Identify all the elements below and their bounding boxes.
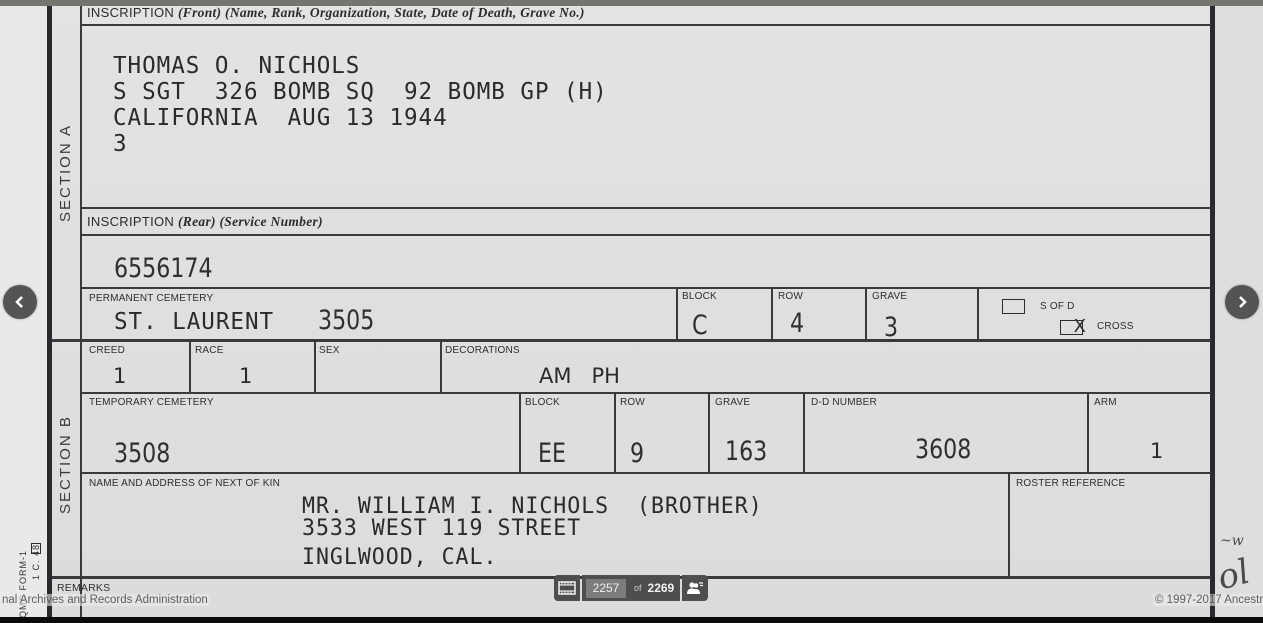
inscription-line-3: CALIFORNIA AUG 13 1944 [113, 105, 448, 131]
filmstrip-icon [558, 581, 576, 595]
creed-label: CREED [89, 345, 125, 356]
inscription-front-caption: INSCRIPTION (Front) (Name, Rank, Organiz… [87, 5, 585, 21]
total-pages: 2269 [648, 581, 675, 595]
temporary-cemetery-value: 3508 [114, 438, 170, 469]
cell-divider [676, 287, 678, 340]
cell-divider [314, 340, 316, 393]
copyright-watermark: © 1997-2017 Ancestry [1153, 594, 1263, 606]
s-of-d-label: S OF D [1040, 301, 1075, 312]
rule [80, 207, 1211, 209]
roster-reference-label: ROSTER REFERENCE [1016, 478, 1125, 489]
inscription-line-1: THOMAS O. NICHOLS [113, 53, 360, 79]
temporary-cemetery-label: TEMPORARY CEMETERY [89, 397, 214, 408]
image-pager: of 2269 [554, 575, 708, 601]
viewer-top-edge [0, 0, 1263, 6]
caption-italic: (Front) (Name, Rank, Organization, State… [178, 5, 585, 20]
handwritten-mark: ~w [1220, 533, 1244, 549]
sex-label: SEX [319, 345, 340, 356]
next-of-kin-line-3: INGLWOOD, CAL. [302, 546, 497, 570]
section-divider [52, 339, 1211, 342]
dd-number-value: 3608 [915, 434, 971, 465]
caption-text: INSCRIPTION [87, 5, 178, 20]
arm-label: ARM [1094, 397, 1117, 408]
creed-value: 1 [113, 364, 126, 388]
cell-divider [1008, 472, 1010, 577]
chevron-right-icon [1237, 296, 1247, 308]
left-border [47, 0, 52, 623]
cell-divider [865, 287, 867, 340]
form-number: QMC FORM-1 [18, 550, 28, 618]
arm-value: 1 [1150, 439, 1163, 463]
dd-number-label: D-D NUMBER [811, 397, 877, 408]
cell-divider [977, 287, 979, 340]
cell-divider [708, 392, 710, 473]
rule [80, 234, 1211, 236]
permanent-cemetery-name: ST. LAURENT [114, 309, 274, 335]
cell-divider [1087, 392, 1089, 473]
temp-block-value: EE [538, 438, 566, 469]
temp-block-label: BLOCK [525, 397, 560, 408]
service-number: 6556174 [114, 253, 213, 284]
people-index-icon [686, 581, 704, 595]
decorations-value: AM PH [539, 364, 620, 388]
rule [80, 392, 1211, 394]
rule [80, 472, 1211, 474]
s-of-d-checkbox[interactable] [1002, 299, 1025, 314]
section-column-divider [80, 6, 82, 617]
cell-divider [519, 392, 521, 473]
page-indicator: of 2269 [582, 575, 680, 601]
permanent-cemetery-label: PERMANENT CEMETERY [89, 293, 213, 304]
cell-divider [614, 392, 616, 473]
race-label: RACE [195, 345, 224, 356]
caption-text: INSCRIPTION [87, 214, 178, 229]
cell-divider [803, 392, 805, 473]
temp-row-value: 9 [630, 438, 644, 469]
next-of-kin-line-2: 3533 WEST 119 STREET [302, 517, 581, 541]
of-label: of [634, 583, 642, 593]
right-border [1210, 0, 1215, 623]
permanent-cemetery-number: 3505 [318, 305, 374, 336]
section-a-label: SECTION A [57, 124, 74, 222]
chevron-left-icon [15, 296, 25, 308]
filmstrip-button[interactable] [554, 575, 580, 601]
temp-grave-value: 163 [725, 436, 767, 467]
temp-row-label: ROW [620, 397, 645, 408]
perm-block-value: C [692, 310, 707, 341]
perm-row-value: 4 [790, 308, 804, 339]
previous-image-button[interactable] [3, 285, 37, 319]
page-number-input[interactable] [586, 579, 626, 598]
index-panel-button[interactable] [682, 575, 708, 601]
perm-grave-label: GRAVE [872, 291, 907, 302]
cell-divider [440, 340, 442, 393]
rule [80, 24, 1211, 26]
inscription-line-2: S SGT 326 BOMB SQ 92 BOMB GP (H) [113, 79, 608, 105]
perm-grave-value: 3 [884, 312, 898, 343]
inscription-line-4: 3 [113, 131, 128, 157]
remarks-label: REMARKS [57, 582, 110, 594]
document-viewer: SECTION A SECTION B QMC FORM-1 1 C. 48 I… [0, 0, 1263, 623]
source-watermark: nal Archives and Records Administration [0, 594, 210, 606]
temp-grave-label: GRAVE [715, 397, 750, 408]
burial-record-card: SECTION A SECTION B QMC FORM-1 1 C. 48 I… [0, 0, 1263, 623]
cell-divider [771, 287, 773, 340]
perm-block-label: BLOCK [682, 291, 717, 302]
next-image-button[interactable] [1225, 285, 1259, 319]
cell-divider [189, 340, 191, 393]
stub-box [31, 543, 41, 554]
viewer-bottom-edge [0, 617, 1263, 623]
race-value: 1 [239, 364, 252, 388]
perm-row-label: ROW [778, 291, 803, 302]
next-of-kin-label: NAME AND ADDRESS OF NEXT OF KIN [89, 478, 280, 489]
rule [80, 287, 1211, 289]
cross-label: CROSS [1097, 321, 1134, 332]
caption-italic: (Rear) (Service Number) [178, 214, 323, 229]
section-b-label: SECTION B [57, 415, 74, 514]
decorations-label: DECORATIONS [445, 345, 520, 356]
inscription-rear-caption: INSCRIPTION (Rear) (Service Number) [87, 214, 323, 230]
cross-checkbox[interactable] [1060, 320, 1083, 335]
